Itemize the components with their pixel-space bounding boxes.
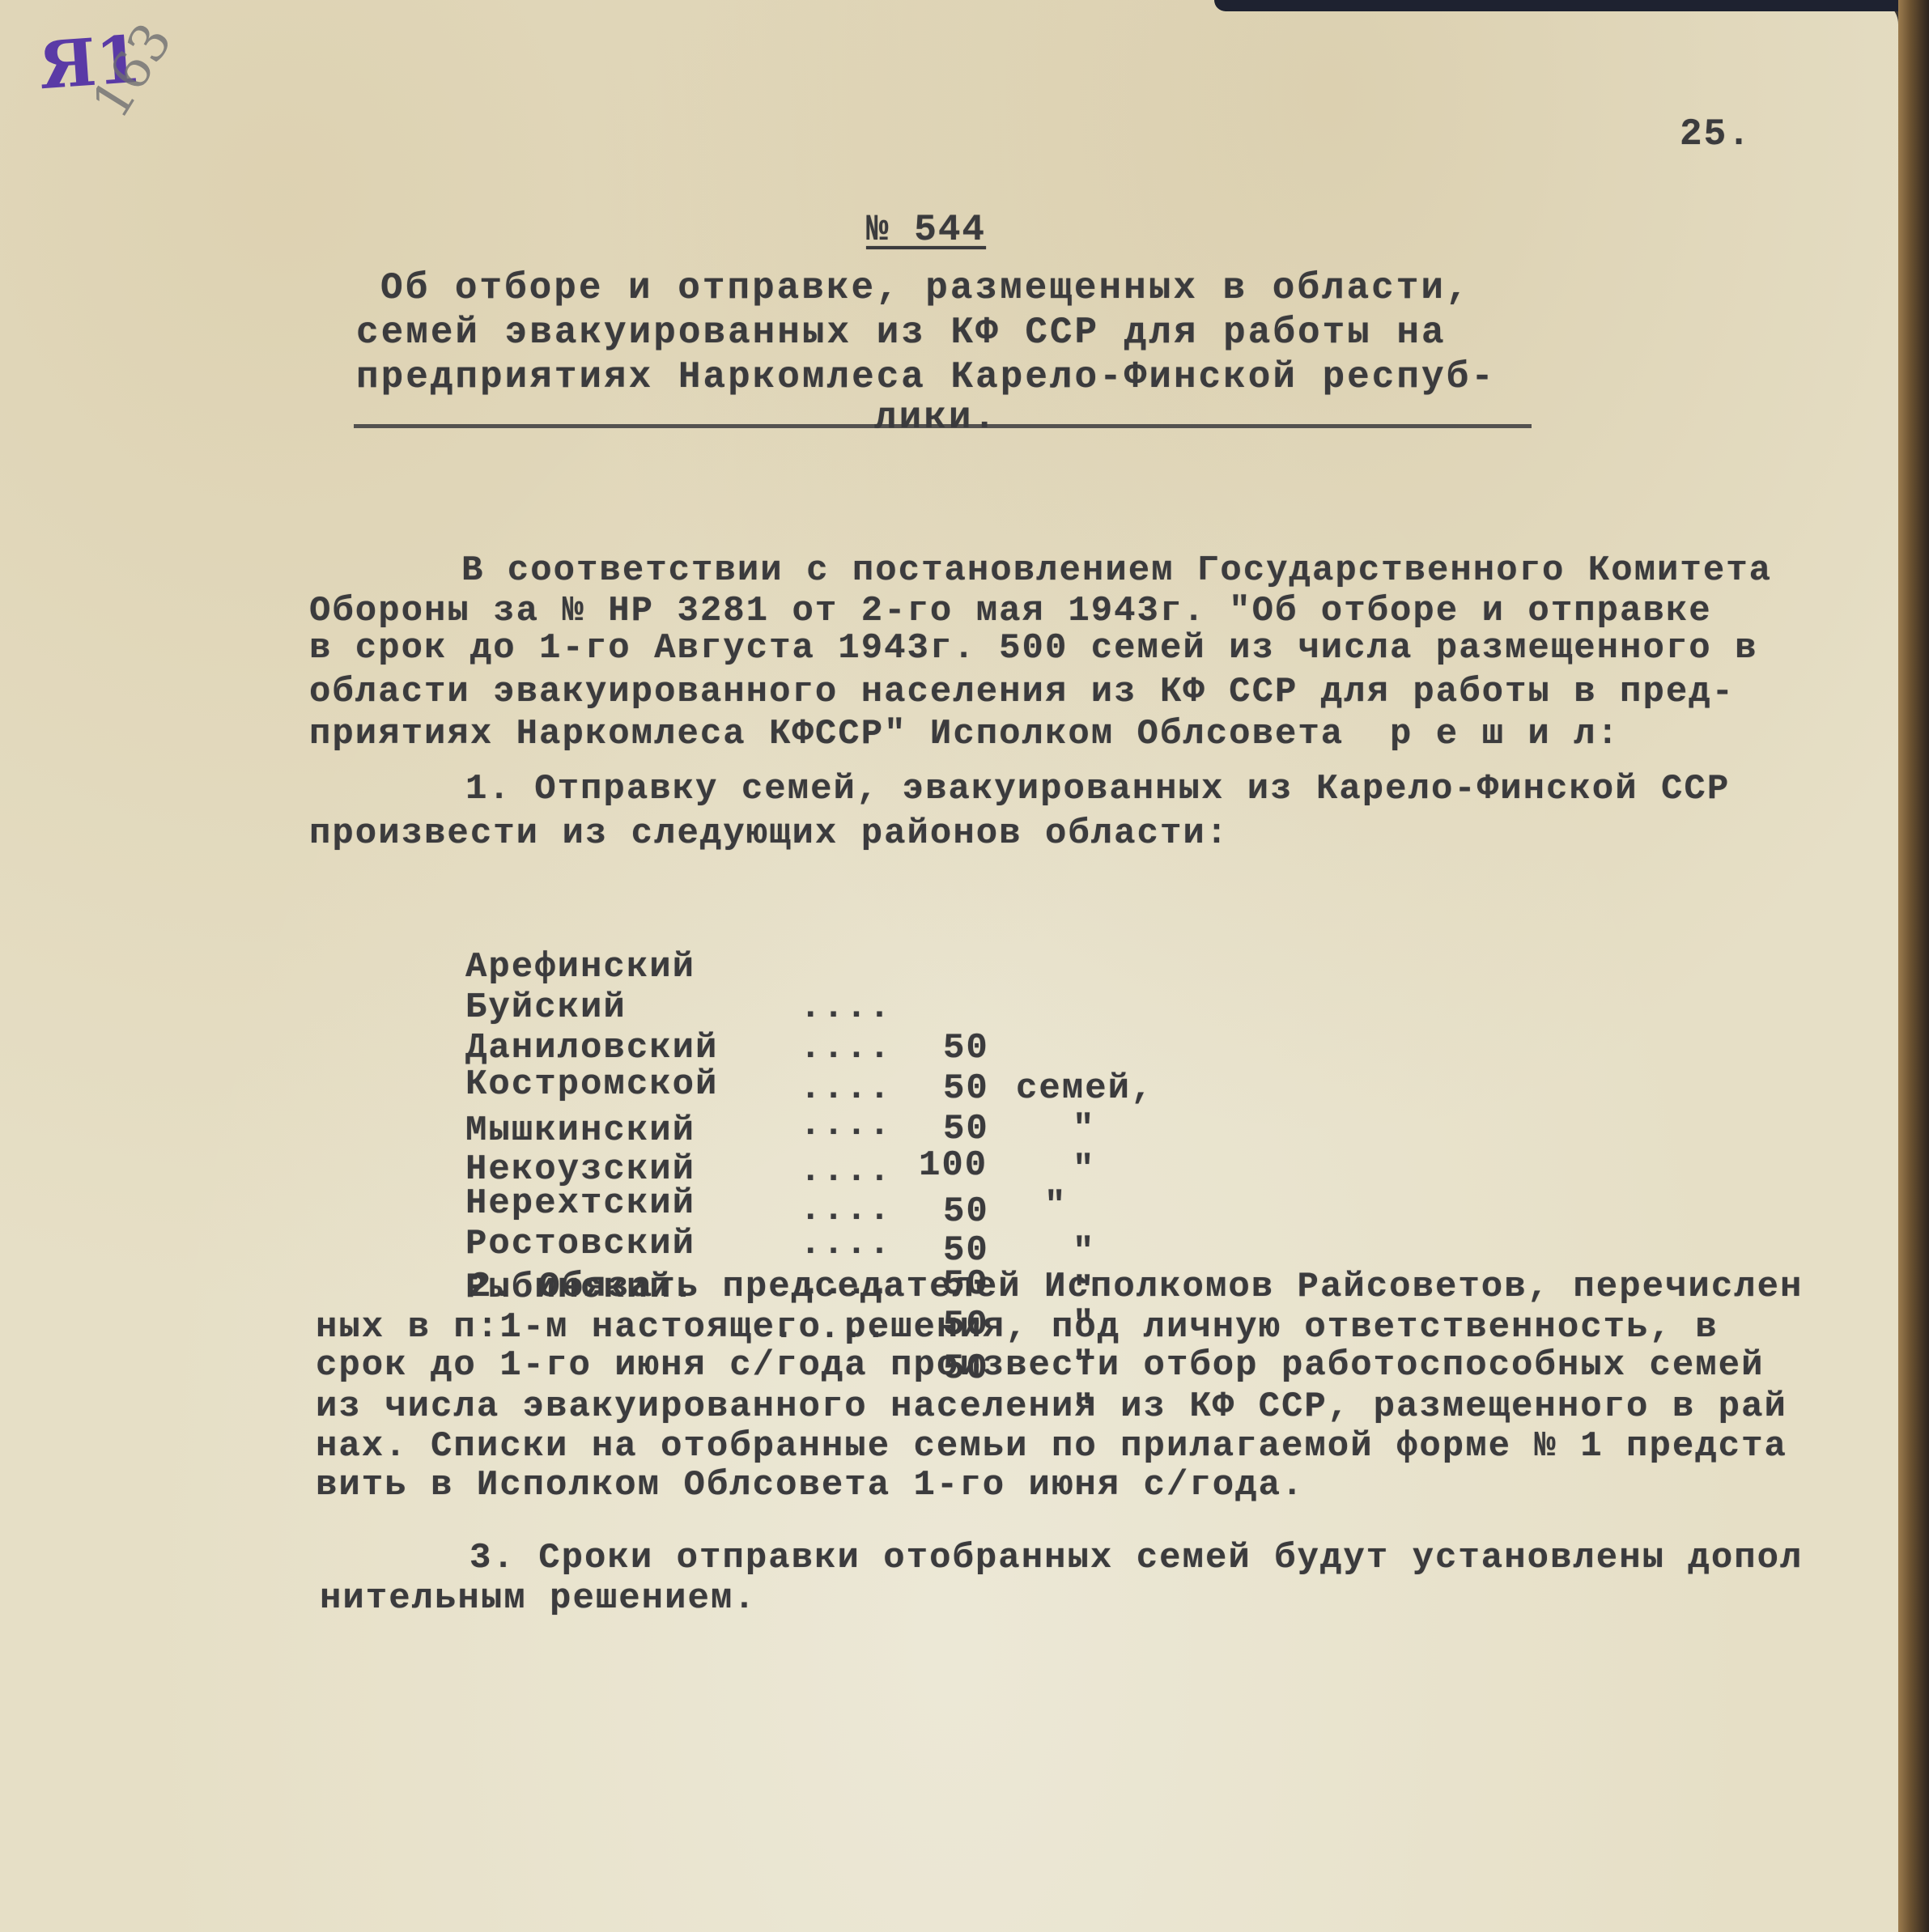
item-3-line: нительным решением. <box>320 1578 757 1619</box>
district-name: Ростовский <box>465 1224 695 1264</box>
title-line: семей эвакуированных из КФ ССР для работ… <box>356 312 1447 354</box>
item-2-line: ных в п:1-м настоящего решения, под личн… <box>316 1307 1719 1348</box>
document-number: № 544 <box>866 209 986 251</box>
item-2-line: срок до 1-го июня с/года произвести отбо… <box>316 1345 1764 1386</box>
district-name: Мышкинский <box>465 1110 695 1151</box>
preamble-line: В соответствии с постановлением Государс… <box>461 550 1772 591</box>
item-1-line: произвести из следующих районов области: <box>309 813 1229 854</box>
preamble-line: области эвакуированного населения из КФ … <box>309 672 1735 712</box>
item-2-line: 2. Обязать председателей Исполкомов Райс… <box>470 1267 1803 1307</box>
ditto-mark: " <box>1073 1109 1095 1149</box>
title-line: Об отборе и отправке, размещенных в обла… <box>380 267 1471 309</box>
ditto-mark: " <box>1073 1149 1095 1190</box>
binding-edge <box>1898 0 1929 1932</box>
item-1-line: 1. Отправку семей, эвакуированных из Кар… <box>465 769 1730 809</box>
district-name: Костромской <box>465 1064 718 1105</box>
preamble-line: приятиях Наркомлеса КФССР" Исполком Облс… <box>309 714 1620 754</box>
item-3-line: 3. Сроки отправки отобранных семей будут… <box>470 1538 1803 1578</box>
title-line: предприятиях Наркомлеса Карело-Финской р… <box>356 356 1496 398</box>
page-top-shadow <box>1214 0 1929 11</box>
district-name: Арефинский <box>465 947 695 987</box>
leader-dots: .... <box>800 1151 892 1191</box>
district-name: Даниловский <box>465 1028 718 1068</box>
leader-dots: .... <box>800 1068 892 1109</box>
document-page: Я1 163 25. № 544 Об отборе и отправке, р… <box>0 0 1898 1932</box>
preamble-line: в срок до 1-го Августа 1943г. 500 семей … <box>309 628 1757 669</box>
item-2-line: нах. Списки на отобранные семьи по прила… <box>316 1426 1787 1467</box>
leader-dots: .... <box>800 1105 892 1145</box>
district-row: Рыбинский. . ... 50 " <box>0 1187 138 1429</box>
title-line: лики. <box>874 397 998 439</box>
ditto-mark: " <box>1044 1186 1067 1226</box>
page-number: 25. <box>1680 113 1752 155</box>
leader-dots: .... <box>800 1028 892 1068</box>
preamble-line: Обороны за № НР 3281 от 2-го мая 1943г. … <box>309 591 1712 631</box>
unit-label: семей, <box>1016 1068 1154 1109</box>
item-2-line: из числа эвакуированного населения из КФ… <box>316 1386 1787 1427</box>
district-name: Буйский <box>465 987 627 1028</box>
district-name: Нерехтский <box>465 1183 695 1224</box>
leader-dots: .... <box>800 1224 892 1264</box>
title-rule <box>354 424 1532 428</box>
leader-dots: .... <box>800 987 892 1028</box>
item-2-line: вить в Исполком Облсовета 1-го июня с/го… <box>316 1465 1304 1505</box>
